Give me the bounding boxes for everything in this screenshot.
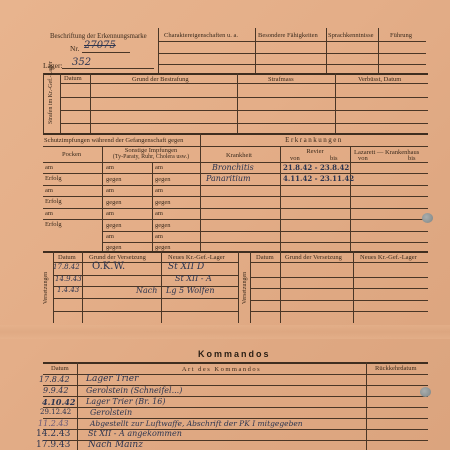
nr-underline [82, 52, 130, 53]
versetzungen-col-grund: Grund der Versetzung [89, 254, 146, 261]
header-rule [158, 53, 426, 54]
versetzungen-side-label: Versetzungen [43, 264, 49, 312]
erkrankungen-rule [200, 196, 428, 197]
kommando-datum: 14.2.43 [36, 429, 70, 439]
erkrankungen-rule [200, 185, 428, 186]
impf-cell: Erfolg [45, 175, 62, 182]
lazarett-bis: bis [408, 155, 416, 162]
krankheit-entry: Panaritium [206, 174, 251, 183]
versetzungen-rule [250, 300, 428, 301]
header-divider [255, 28, 256, 73]
impf-cell: gegen [106, 244, 122, 251]
impf-cell: gegen [155, 244, 171, 251]
impf-cell: am [155, 233, 163, 240]
header-bottom-rule [43, 73, 428, 75]
kommando-datum: 17.8.42 [39, 375, 70, 384]
impf-cell: am [155, 164, 163, 171]
kommandos-top-rule [43, 362, 428, 364]
impfungen-col-sonstige: Sonstige Impfungen [102, 147, 200, 154]
kommando-art: Nach Mainz [88, 440, 143, 450]
kommando-art: Lager Trier [86, 374, 138, 384]
revier-bis: bis [330, 155, 338, 162]
kommandos-divider [366, 362, 367, 450]
versetzungen-col-lager-right: Neues Kr.-Gef.-Lager [360, 254, 417, 261]
erkrankungen-col-krankheit: Krankheit [226, 152, 252, 159]
strafen-rule [60, 83, 428, 84]
strafen-rule [60, 110, 428, 111]
versetzungen-col-datum: Datum [58, 254, 76, 261]
header-rule [158, 64, 426, 65]
impf-cell: gegen [106, 222, 122, 229]
kommando-datum: 11.2.43 [38, 419, 69, 428]
impf-cell: am [106, 233, 114, 240]
kommando-datum: 29.12.42 [40, 408, 71, 416]
lager-underline [62, 68, 154, 69]
punch-hole [420, 387, 431, 397]
lazarett-von: von [358, 155, 368, 162]
impfungen-rule [43, 162, 200, 163]
versetzung-grund: O.K.W. [92, 261, 125, 272]
header-rule [158, 41, 426, 42]
kommandos-title: Kommandos [198, 349, 271, 359]
paper-fold [0, 325, 450, 339]
impf-cell: am [45, 187, 53, 194]
erkrankungen-title: Erkrankungen [200, 137, 428, 144]
strafen-col-grund: Grund der Bestrafung [132, 76, 189, 83]
erkrankungen-col-revier: Revier [280, 148, 350, 155]
impf-cell: am [106, 210, 114, 217]
kommando-datum: 4.10.42 [42, 397, 75, 407]
impf-cell: Erfolg [45, 198, 62, 205]
section-rule [43, 251, 428, 253]
impf-rule [43, 219, 200, 220]
krankheit-entry: Bronchitis [212, 163, 254, 172]
erkrankungen-rule [200, 231, 428, 232]
erkrankungen-rule [200, 208, 428, 209]
impf-cell: Erfolg [45, 221, 62, 228]
nr-label: Nr. [70, 45, 79, 52]
strafen-side-label: Strafen im Kr.-Gef.-Lager [48, 74, 54, 124]
strafen-col-strafmass: Strafmass [268, 76, 294, 83]
versetzung-lager: St XII - A [175, 274, 212, 283]
impf-cell: gegen [106, 176, 122, 183]
strafen-divider [237, 73, 238, 133]
impf-rule [43, 196, 200, 197]
impf-cell: am [106, 187, 114, 194]
revier-entry: 4.11.42 - 23.11.42 [283, 174, 354, 183]
col-fuehrung: Führung [390, 32, 412, 39]
strafen-left-border [43, 73, 44, 133]
versetzung-lager: St XII D [168, 262, 204, 272]
impf-cell: am [106, 164, 114, 171]
impf-cell: am [45, 164, 53, 171]
versetzungen-rule [250, 262, 428, 263]
revier-entry: 21.8.42 - 23.8.42 [283, 163, 349, 172]
col-sprachkenntnisse: Sprachkenntnisse [328, 32, 374, 39]
punch-hole [422, 213, 433, 223]
kommando-art: Abgestellt zur Luftwaffe, Abschrift der … [90, 419, 303, 428]
versetzungen-rule [250, 288, 428, 289]
impf-cell: gegen [155, 199, 171, 206]
strafen-rule [60, 97, 428, 98]
col-besondere-faehigkeiten: Besondere Fähigkeiten [258, 32, 318, 39]
versetzungen-col-lager: Neues Kr.-Gef.-Lager [168, 254, 225, 261]
erkrankungen-rule [200, 146, 428, 147]
strafen-col-datum: Datum [64, 75, 82, 82]
versetzung-datum: 14.9.43 [55, 275, 82, 283]
impf-rule [102, 231, 200, 232]
versetzungen-col-grund-right: Grund der Versetzung [285, 254, 342, 261]
impf-cell: am [155, 187, 163, 194]
kommando-art: St XII - A angekommen [88, 429, 182, 438]
impf-cell: gegen [155, 222, 171, 229]
versetzung-datum: 17.8.42 [53, 263, 80, 271]
erkrankungen-rule [200, 242, 428, 243]
strafen-divider [90, 73, 91, 133]
kommandos-col-rueckkehr: Rückkehrdatum [375, 365, 417, 372]
strafen-col-verbuesst: Verbüsst, Datum [358, 76, 401, 83]
erkrankungen-rule [200, 219, 428, 220]
versetzungen-rule [250, 277, 428, 278]
header-divider [326, 28, 327, 73]
versetzung-datum: 1.4.43 [57, 286, 79, 294]
pow-record-card: Beschriftung der Erkennungsmarke Nr. 270… [0, 0, 450, 450]
strafen-divider [60, 73, 61, 133]
kommando-art: Gerolstein (Schneifel...) [86, 386, 182, 395]
kommando-art: Gerolstein [90, 408, 132, 417]
versetzungen-col-datum-right: Datum [256, 254, 274, 261]
impf-cell: am [45, 210, 53, 217]
impf-rule [102, 242, 200, 243]
impfungen-col-pocken: Pocken [62, 151, 81, 158]
kommandos-col-datum: Datum [51, 365, 69, 372]
impfungen-col-sonstige-sub: (Ty-Paraty, Ruhr, Cholera usw.) [102, 154, 200, 161]
impfungen-divider [152, 162, 153, 251]
revier-von: von [290, 155, 300, 162]
versetzungen-rule [53, 262, 238, 263]
kommando-art: Lager Trier (Br. 16) [86, 397, 165, 406]
impfungen-right-border [200, 133, 201, 251]
impf-rule [43, 185, 200, 186]
versetzungen-rule [250, 311, 428, 312]
versetzungen-rule [53, 298, 238, 299]
strafen-rule [60, 123, 428, 124]
versetzungen-side-label-right: Versetzungen [242, 264, 248, 312]
impf-cell: gegen [155, 176, 171, 183]
versetzungen-rule [53, 311, 238, 312]
lager-value: 352 [72, 57, 91, 68]
versetzung-lager: Lg 5 Wolfen [166, 286, 215, 295]
kommando-datum: 9.9.42 [43, 386, 68, 395]
kommandos-col-art: Art des Kommandos [77, 366, 366, 373]
impf-cell: am [155, 210, 163, 217]
versetzungen-divider [238, 251, 239, 323]
impf-rule [43, 208, 200, 209]
strafen-divider [335, 73, 336, 133]
erkennungsmarke-label: Beschriftung der Erkennungsmarke [50, 33, 147, 40]
impf-cell: gegen [106, 199, 122, 206]
header-divider [378, 28, 379, 73]
kommandos-divider [77, 362, 78, 450]
col-charaktereigenschaften: Charaktereigenschaften u. a. [164, 32, 238, 39]
kommando-datum: 17.9.43 [36, 440, 70, 450]
header-divider [158, 28, 159, 73]
schutzimpfungen-title: Schutzimpfungen während der Gefangenscha… [44, 137, 183, 144]
impf-rule [43, 173, 200, 174]
versetzung-grund: Nach [136, 286, 157, 295]
nr-value: 27075 [84, 40, 116, 51]
strafen-bottom-rule [43, 133, 428, 135]
